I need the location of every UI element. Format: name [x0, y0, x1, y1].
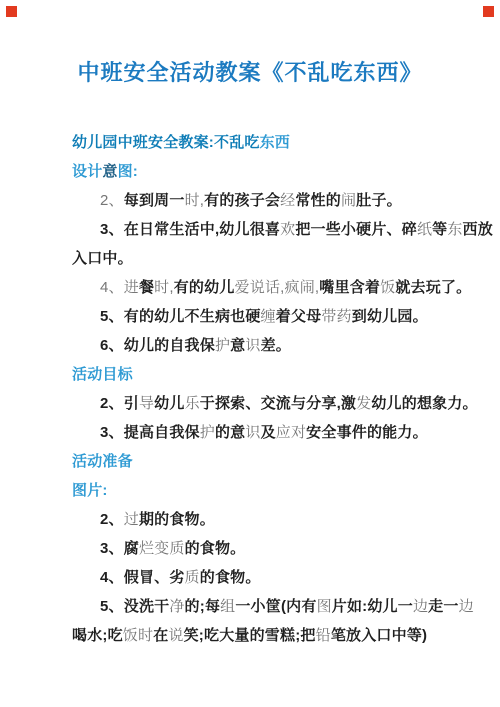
text-segment: 经 [280, 192, 295, 209]
text-segment: 嘴里含着 [319, 279, 380, 296]
paragraph-line: 4、进餐时,有的幼儿爱说话,疯闹,嘴里含着饭就去玩了。 [72, 273, 456, 302]
paragraph-line: 2、引导幼儿乐于探索、交流与分享,激发幼儿的想象力。 [72, 389, 456, 418]
text-segment: 等 [432, 221, 447, 238]
text-segment: 质 [185, 569, 200, 586]
text-segment: 乐 [185, 395, 200, 412]
text-segment: 到幼儿园。 [352, 308, 428, 325]
text-segment: 导 [139, 395, 154, 412]
text-segment: 2、 [100, 192, 124, 209]
text-segment: 期的食物。 [139, 511, 215, 528]
text-segment: 3、腐 [100, 540, 139, 557]
text-segment: 图片: [72, 482, 108, 499]
paragraph-line: 4、假冒、劣质的食物。 [72, 563, 456, 592]
text-segment: 缠 [261, 308, 276, 325]
text-segment: 幼儿的想象力。 [371, 395, 477, 412]
text-segment: 4、假冒、劣 [100, 569, 185, 586]
text-segment: 说 [168, 627, 183, 644]
document-subtitle: 幼儿园中班安全教案:不乱吃东西 [72, 128, 456, 157]
text-segment: 幼儿 [154, 395, 184, 412]
paragraph-line: 6、幼儿的自我保护意识差。 [72, 331, 456, 360]
red-corner-mark-right [483, 6, 494, 17]
page-title: 中班安全活动教案《不乱吃东西》 [0, 57, 500, 90]
text-segment: 时, [154, 279, 174, 296]
text-segment: 铅 [316, 627, 331, 644]
text-segment: 片如:幼儿一 [332, 598, 413, 615]
paragraph-line: 入口中。 [72, 244, 456, 273]
paragraph-line: 5、没洗干净的;每组一小筐(内有图片如:幼儿一边走一边 [72, 592, 456, 621]
paragraph-line: 5、有的幼儿不生病也硬缠着父母带药到幼儿园。 [72, 302, 456, 331]
text-segment: 就去玩了。 [395, 279, 471, 296]
text-segment: 走一 [428, 598, 458, 615]
text-segment: 笑;吃大量的雪糕;把 [184, 627, 316, 644]
text-segment: 5、有的幼儿不生病也硬 [100, 308, 261, 325]
text-segment: 烂变质 [139, 540, 185, 557]
red-corner-mark-left [6, 6, 17, 17]
section-heading: 图片: [72, 476, 456, 505]
text-segment: 幼儿园中班安全教案:不乱吃 [72, 134, 260, 151]
text-segment: 入口中。 [72, 250, 133, 267]
text-segment: 常性的 [295, 192, 341, 209]
text-segment: 4、 [100, 279, 124, 296]
text-segment: 识 [245, 424, 260, 441]
text-segment: 5、没洗干 [100, 598, 169, 615]
text-segment: 笔放入口中等) [331, 627, 427, 644]
paragraph-line: 3、腐烂变质的食物。 [72, 534, 456, 563]
text-segment: 时, [185, 192, 205, 209]
text-segment: 差。 [261, 337, 291, 354]
text-segment: 识 [245, 337, 260, 354]
text-segment: 带药 [321, 308, 351, 325]
text-segment: 在 [153, 627, 168, 644]
paragraph-line: 2、每到周一时,有的孩子会经常性的闹肚子。 [72, 186, 456, 215]
text-segment: 设计 [72, 163, 102, 180]
text-segment: 的食物。 [185, 540, 246, 557]
section-heading: 活动目标 [72, 360, 456, 389]
text-segment: 有的幼儿 [174, 279, 235, 296]
text-segment: 的意 [215, 424, 245, 441]
text-segment: 过 [124, 511, 139, 528]
text-segment: 餐 [139, 279, 154, 296]
text-segment: 2、 [100, 511, 124, 528]
section-heading: 设计意图: [72, 157, 456, 186]
text-segment: 进 [124, 279, 139, 296]
text-segment: 把一些小硬片、碎 [295, 221, 417, 238]
text-segment: 有的孩子会 [204, 192, 280, 209]
text-segment: 安全事件的能力。 [306, 424, 428, 441]
paragraph-line: 2、过期的食物。 [72, 505, 456, 534]
text-segment: 饭时 [123, 627, 153, 644]
text-segment: 组 [220, 598, 235, 615]
text-segment: 东 [447, 221, 462, 238]
text-segment: 东西 [260, 134, 290, 151]
text-segment: 2、引 [100, 395, 139, 412]
text-segment: 纸 [417, 221, 432, 238]
document-body: 幼儿园中班安全教案:不乱吃东西设计意图:2、每到周一时,有的孩子会经常性的闹肚子… [72, 128, 456, 650]
text-segment: 活动准备 [72, 453, 133, 470]
text-segment: 3、提高自我保 [100, 424, 200, 441]
text-segment: 图: [118, 163, 138, 180]
text-segment: 6、幼儿的自我保 [100, 337, 215, 354]
text-segment: 图 [317, 598, 332, 615]
text-segment: 每到周一 [124, 192, 185, 209]
text-segment: 的食物。 [200, 569, 261, 586]
text-segment: 爱说话,疯闹, [235, 279, 320, 296]
text-segment: 欢 [280, 221, 295, 238]
text-segment: 闹 [341, 192, 356, 209]
text-segment: 护 [215, 337, 230, 354]
text-segment: 意 [230, 337, 245, 354]
text-segment: 3、在日常生活中,幼儿很喜 [100, 221, 280, 238]
text-segment: 喝水;吃 [72, 627, 123, 644]
paragraph-line: 喝水;吃饭时在说笑;吃大量的雪糕;把铅笔放入口中等) [72, 621, 456, 650]
text-segment: 着父母 [276, 308, 322, 325]
text-segment: 一小筐(内有 [235, 598, 316, 615]
document-page: 中班安全活动教案《不乱吃东西》 幼儿园中班安全教案:不乱吃东西设计意图:2、每到… [0, 0, 500, 707]
text-segment: 净 [169, 598, 184, 615]
text-segment: 的;每 [185, 598, 221, 615]
text-segment: 发 [356, 395, 371, 412]
text-segment: 边 [459, 598, 474, 615]
text-segment: 肚子。 [356, 192, 402, 209]
text-segment: 及 [261, 424, 276, 441]
paragraph-line: 3、在日常生活中,幼儿很喜欢把一些小硬片、碎纸等东西放 [72, 215, 456, 244]
text-segment: 饭 [380, 279, 395, 296]
text-segment: 边 [413, 598, 428, 615]
text-segment: 活动目标 [72, 366, 133, 383]
text-segment: 护 [200, 424, 215, 441]
section-heading: 活动准备 [72, 447, 456, 476]
text-segment: 应对 [276, 424, 306, 441]
text-segment: 于探索、交流与分享,激 [200, 395, 356, 412]
text-segment: 意 [102, 163, 117, 180]
paragraph-line: 3、提高自我保护的意识及应对安全事件的能力。 [72, 418, 456, 447]
text-segment: 西放 [463, 221, 493, 238]
